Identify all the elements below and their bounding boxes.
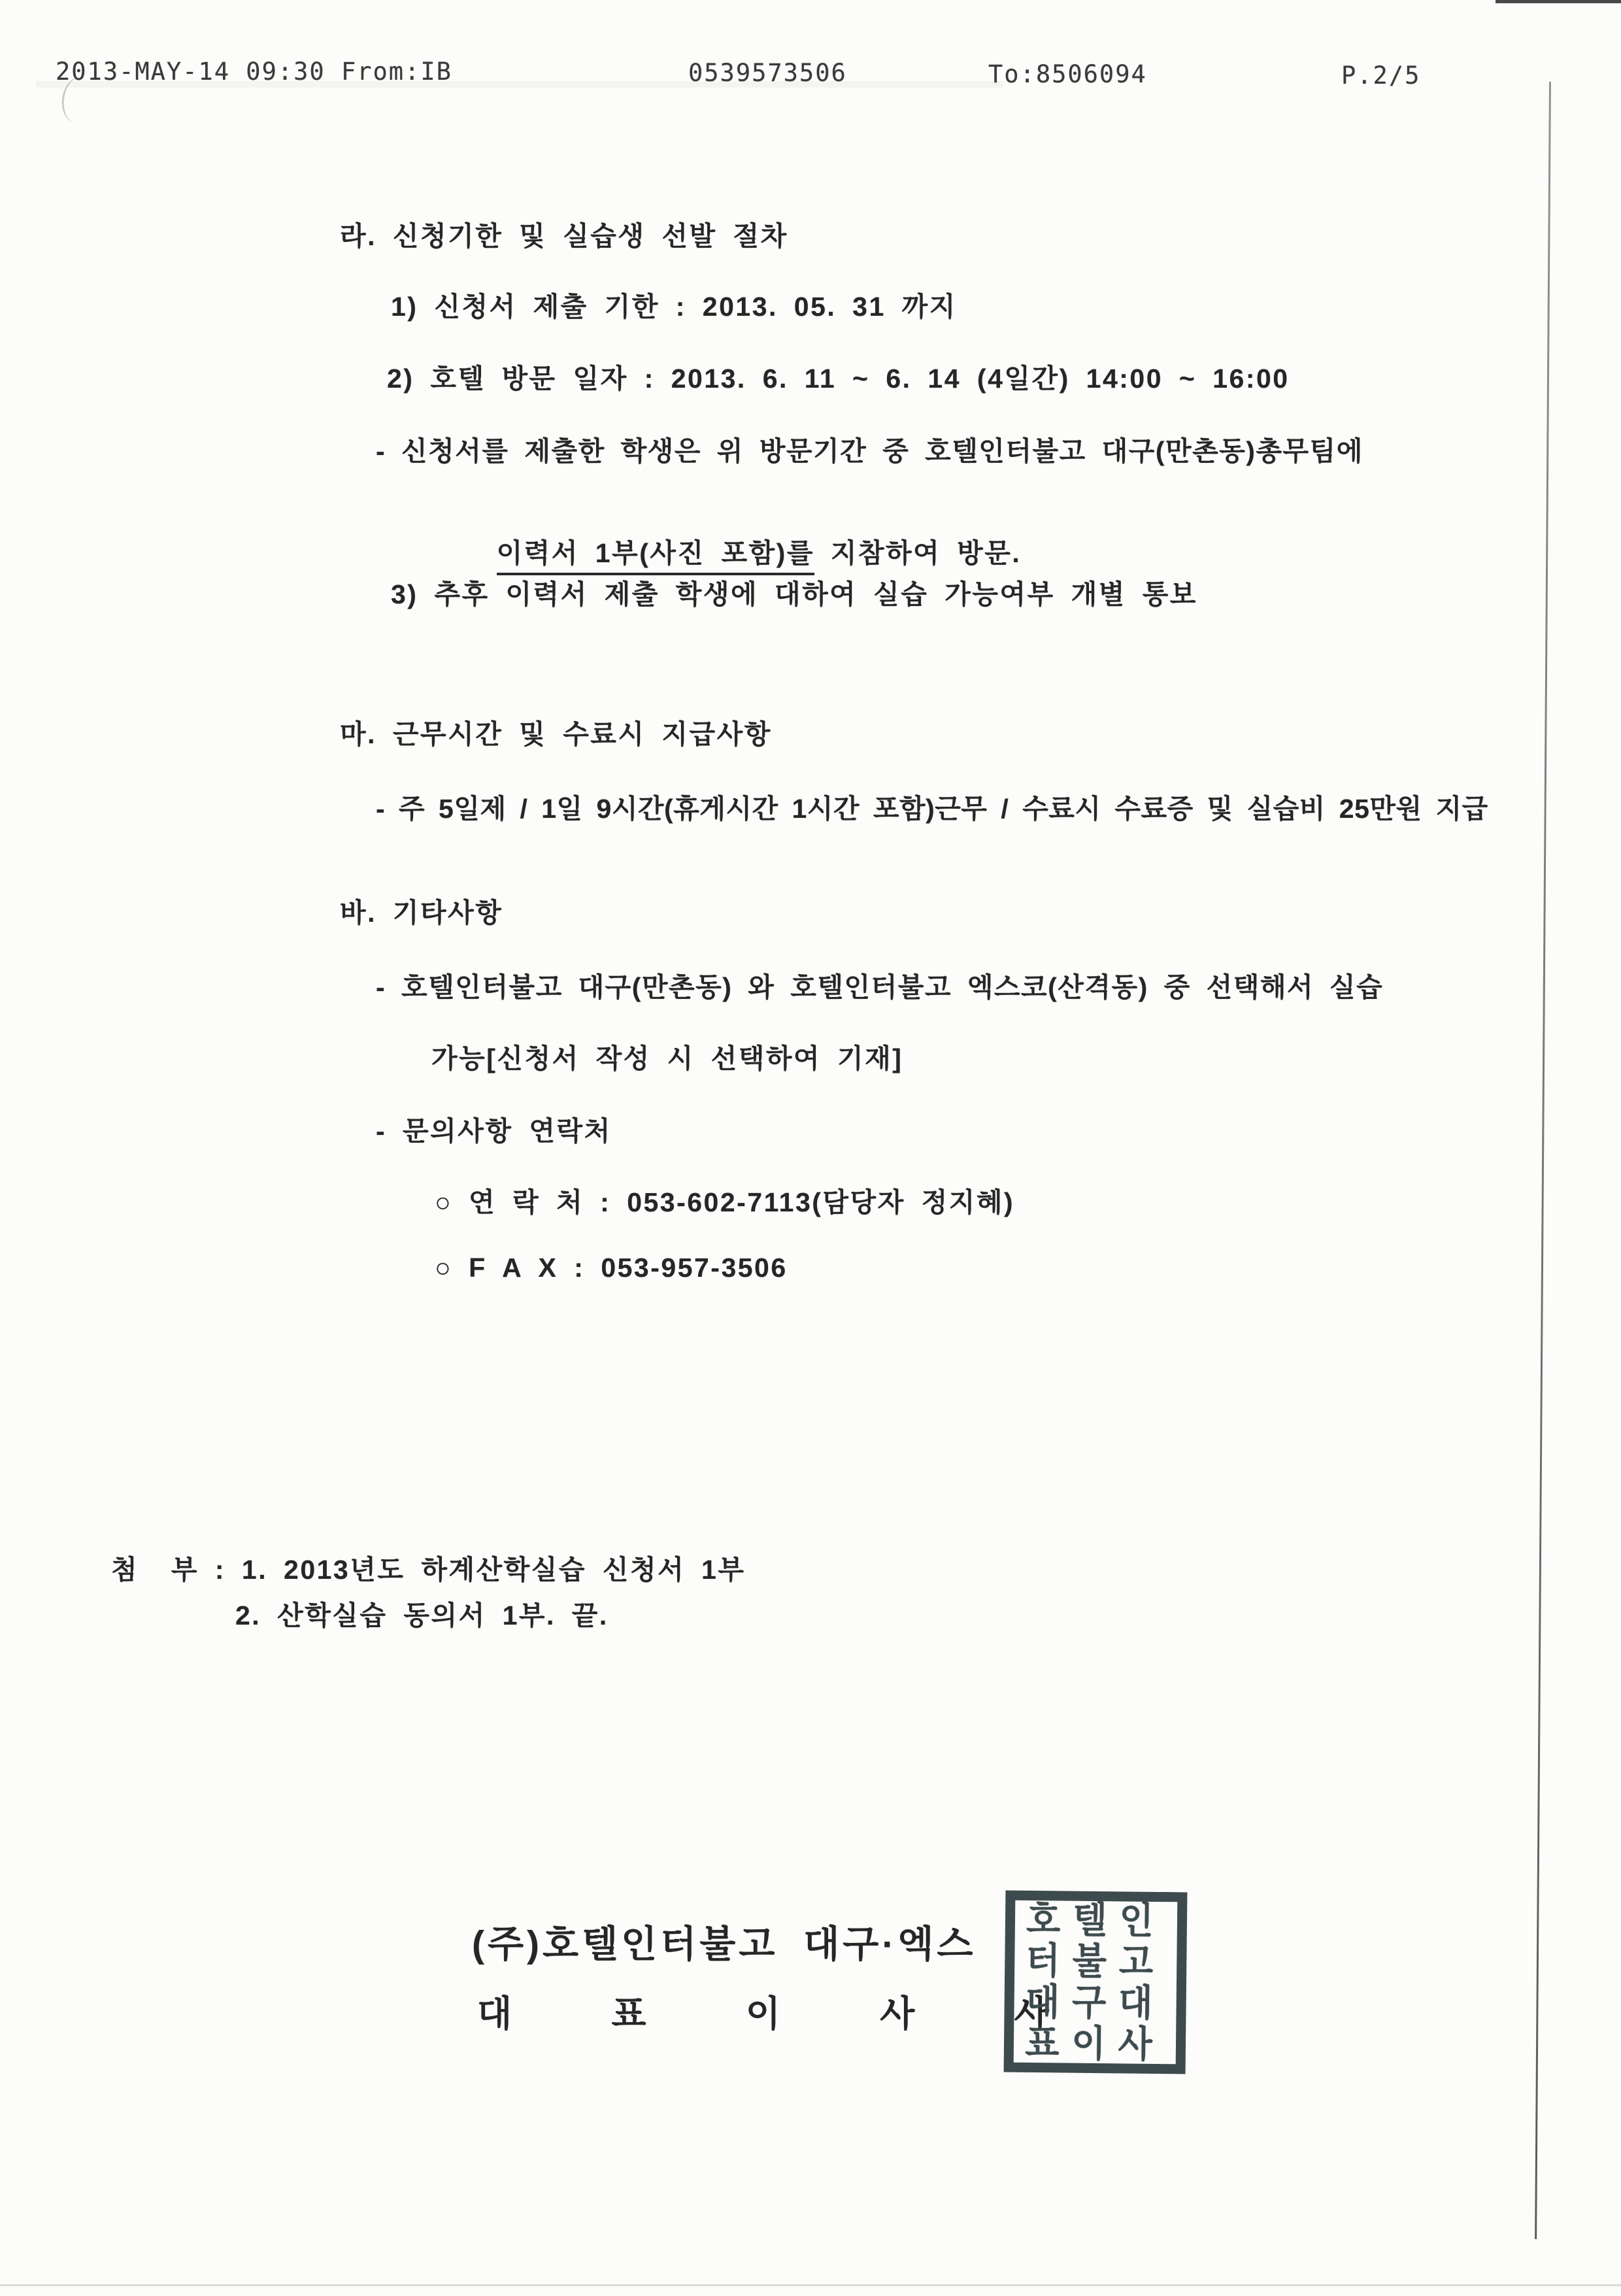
scan-top-edge-artifact — [1496, 0, 1621, 3]
company-name-line: (주)호텔인터불고 대구·엑스 — [472, 1914, 976, 1968]
fax-header-page-number: P.2/5 — [1341, 61, 1420, 90]
section-ma-title: 마. 근무시간 및 수료시 지급사항 — [340, 713, 772, 751]
section-ba-bullet1-line1: - 호텔인터불고 대구(만촌동) 와 호텔인터불고 엑스코(산격동) 중 선택해… — [376, 966, 1383, 1004]
scan-bottom-edge-artifact — [0, 2284, 1621, 2286]
section-ba-bullet2: - 문의사항 연락처 — [376, 1109, 612, 1148]
section-ba-title: 바. 기타사항 — [340, 891, 503, 930]
scanned-fax-page: 2013-MAY-14 09:30 From:IB 0539573506 To:… — [0, 0, 1621, 2296]
section-ma-bullet1: - 주 5일제 / 1일 9시간(휴게시간 1시간 포함)근무 / 수료시 수료… — [376, 787, 1488, 826]
section-ra-title: 라. 신청기한 및 실습생 선발 절차 — [340, 214, 788, 253]
attachment-line1: 첨 부 : 1. 2013년도 하계산학실습 신청서 1부 — [111, 1548, 745, 1587]
attachment-line2: 2. 산학실습 동의서 1부. 끝. — [235, 1594, 609, 1632]
seal-script-text: 호텔인터불고대구대표이사 — [1020, 1899, 1171, 2065]
contact-phone-line: ○ 연 락 처 : 053-602-7113(담당자 정지혜) — [435, 1181, 1014, 1219]
section-ra-item3: 3) 추후 이력서 제출 학생에 대하여 실습 가능여부 개별 통보 — [391, 573, 1197, 611]
ceo-title-line: 대 표 이 사 사 — [477, 1985, 1050, 2036]
contact-fax-line: ○ F A X : 053-957-3506 — [435, 1253, 788, 1283]
company-seal-stamp: 호텔인터불고대구대표이사 — [1004, 1891, 1188, 2074]
scan-vertical-line-artifact — [1535, 82, 1551, 2239]
section-ra-item2: 2) 호텔 방문 일자 : 2013. 6. 11 ~ 6. 14 (4일간) … — [387, 357, 1290, 396]
underlined-resume-text: 이력서 1부(사진 포함)를 — [497, 538, 814, 575]
section-ba-bullet1-line2: 가능[신청서 작성 시 선택하여 기재] — [431, 1037, 903, 1075]
fax-header-to: To:8506094 — [988, 60, 1147, 88]
section-ra-item1: 1) 신청서 제출 기한 : 2013. 05. 31 까지 — [391, 285, 957, 324]
resume-line-rest: 지참하여 방문. — [814, 538, 1021, 568]
section-ra-bullet1-line1: - 신청서를 제출한 학생은 위 방문기간 중 호텔인터불고 대구(만촌동)총무… — [376, 430, 1363, 468]
scan-streak-artifact — [36, 81, 1003, 88]
